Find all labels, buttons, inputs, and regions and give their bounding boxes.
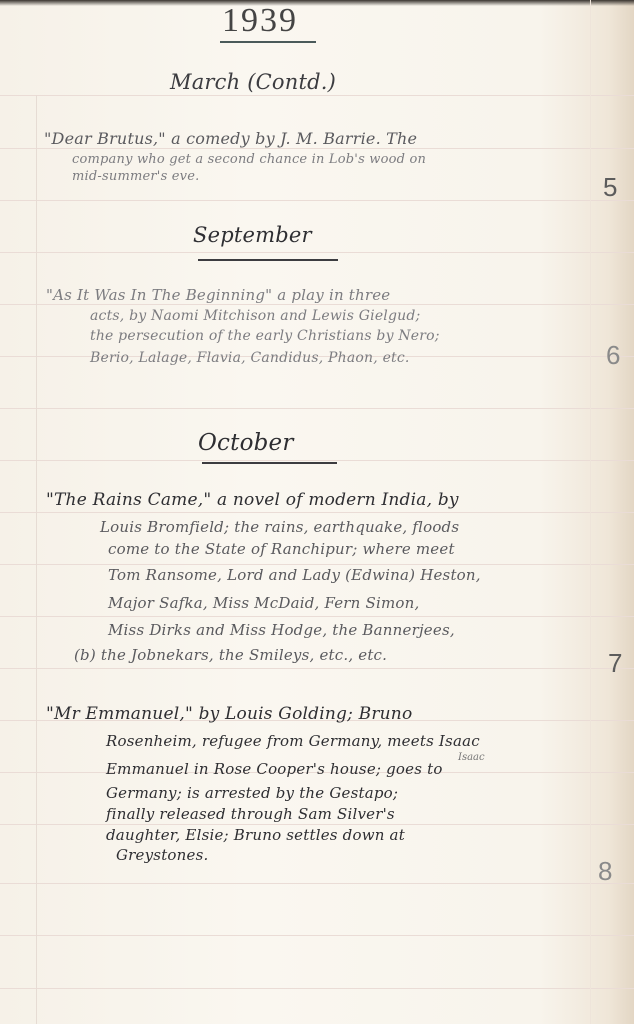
page-number-6: 6 [606,340,620,371]
ruled-line [0,460,634,461]
ruled-line [0,883,634,884]
entry-line: mid-summer's eve. [72,168,199,185]
page-number-5: 5 [603,172,617,203]
october-underline [202,462,337,464]
year-underline [220,41,316,43]
entry-line: acts, by Naomi Mitchison and Lewis Gielg… [90,308,420,325]
ruled-line [0,512,634,513]
page-number-7: 7 [608,648,622,679]
entry-line: come to the State of Ranchipur; where me… [108,541,455,558]
entry-line: (b) the Jobnekars, the Smileys, etc., et… [74,647,387,664]
ruled-line [0,564,634,565]
ruled-line [0,252,634,253]
ruled-line [0,935,634,936]
ruled-line [0,304,634,305]
ruled-line [0,148,634,149]
ruled-line [0,616,634,617]
entry-line: the persecution of the early Christians … [90,328,440,345]
entry-line: "As It Was In The Beginning" a play in t… [46,287,390,304]
page-top-edge-shadow [0,0,634,6]
ruled-line [0,668,634,669]
right-margin-line [590,0,591,1024]
entry-line: finally released through Sam Silver's [106,806,395,823]
entry-line: Miss Dirks and Miss Hodge, the Bannerjee… [108,622,455,639]
entry-line: Emmanuel in Rose Cooper's house; goes to [106,761,443,778]
entry-line: Berio, Lalage, Flavia, Candidus, Phaon, … [90,350,410,367]
entry-line: daughter, Elsie; Bruno settles down at [106,827,405,844]
ruled-line [0,824,634,825]
section-heading-march: March (Contd.) [170,70,336,94]
section-heading-september: September [193,223,312,247]
ruled-line [0,200,634,201]
entry-line: Rosenheim, refugee from Germany, meets I… [106,733,480,750]
section-heading-october: October [198,430,294,456]
september-underline [198,259,338,261]
entry-line: Major Safka, Miss McDaid, Fern Simon, [108,595,419,612]
entry-line: company who get a second chance in Lob's… [72,151,426,168]
ruled-line [0,408,634,409]
year-heading: 1939 [222,2,298,40]
insertion-note: Isaac [458,752,485,763]
entry-line: Greystones. [116,847,208,864]
left-margin-line [36,95,37,1024]
entry-line: Louis Bromfield; the rains, earthquake, … [100,519,459,536]
page-number-8: 8 [598,856,612,887]
entry-line: Tom Ransome, Lord and Lady (Edwina) Hest… [108,567,481,584]
entry-line: "Mr Emmanuel," by Louis Golding; Bruno [46,706,412,723]
ruled-line [0,988,634,989]
entry-line: "Dear Brutus," a comedy by J. M. Barrie.… [44,130,417,147]
notebook-page: 1939 March (Contd.) "Dear Brutus," a com… [0,0,634,1024]
entry-line: "The Rains Came," a novel of modern Indi… [46,492,459,509]
entry-line: Germany; is arrested by the Gestapo; [106,785,398,802]
ruled-line [0,95,634,96]
